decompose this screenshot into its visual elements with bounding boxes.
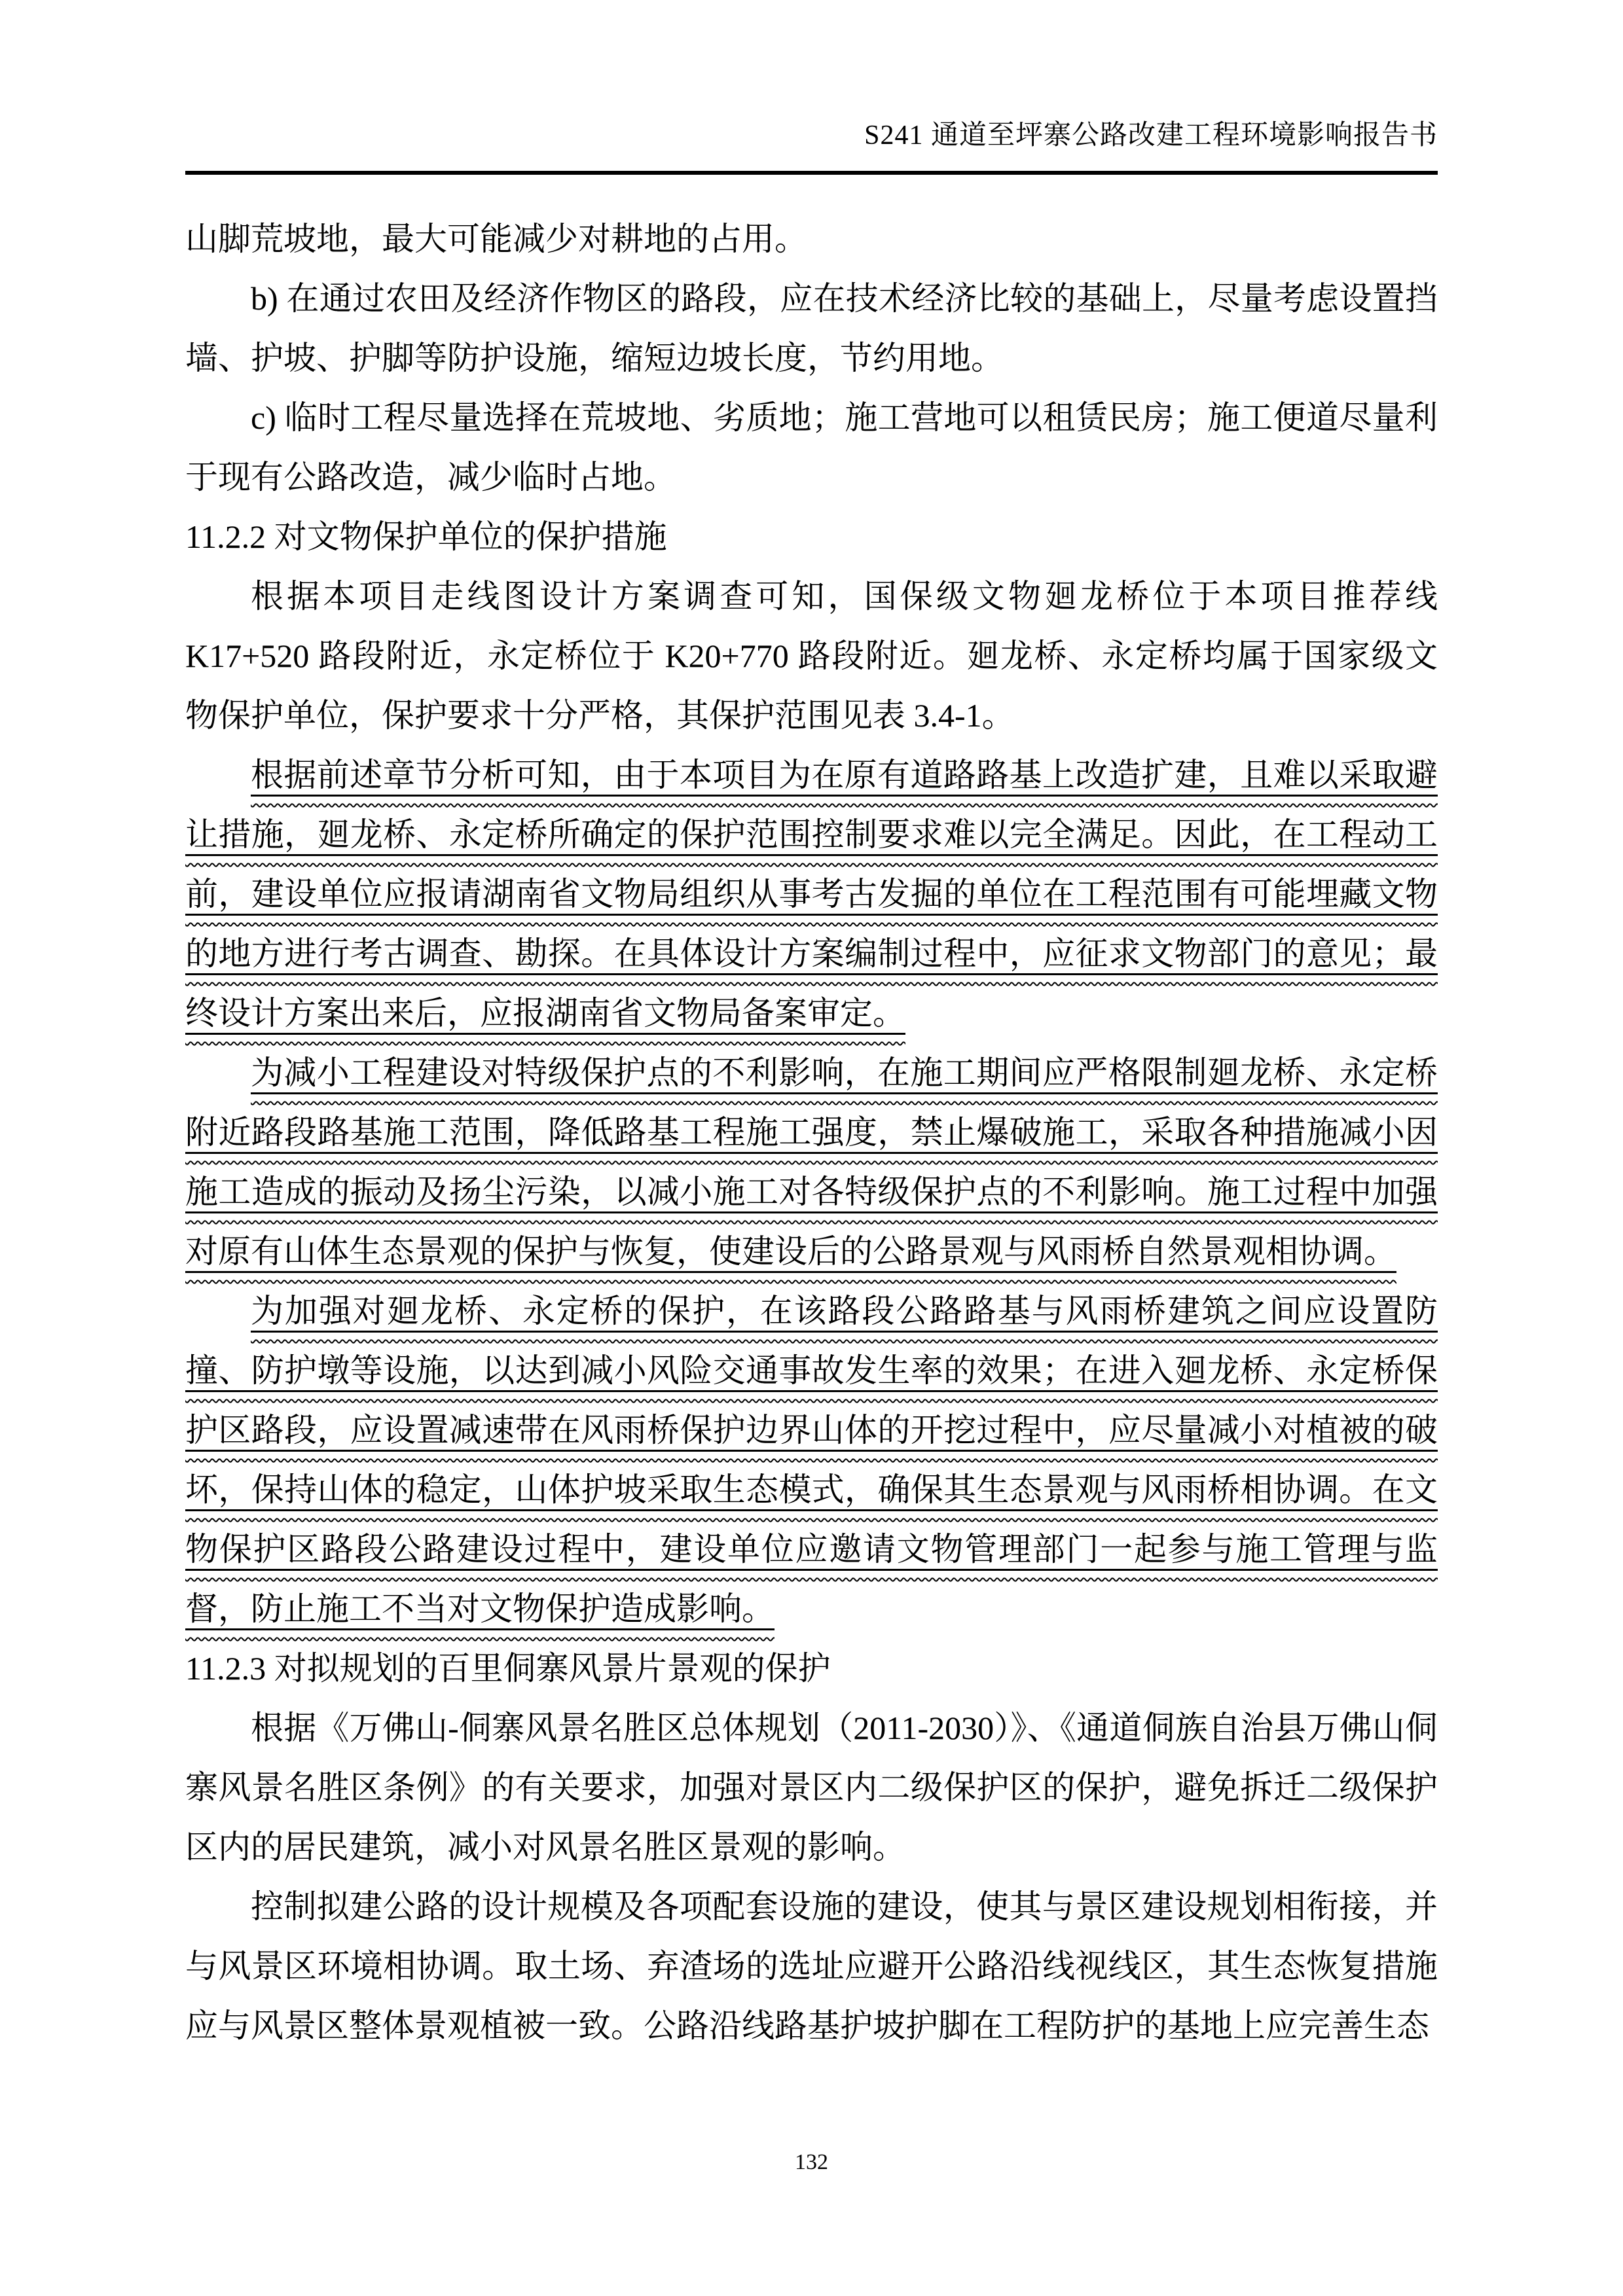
revision-underlined-text: 为减小工程建设对特级保护点的不利影响，在施工期间应严格限制廻龙桥、永定桥附近路段… [185,1054,1438,1270]
paragraph-continuation: 山脚荒坡地，最大可能减少对耕地的占用。 [185,209,1438,269]
page-number: 132 [0,2149,1623,2176]
paragraph-cultural-relics-intro: 根据本项目走线图设计方案调查可知，国保级文物廻龙桥位于本项目推荐线 K17+52… [185,567,1438,745]
paragraph-list-item-c: c) 临时工程尽量选择在荒坡地、劣质地；施工营地可以租赁民房；施工便道尽量利于现… [185,388,1438,507]
paragraph-scenic-area-regulations: 根据《万佛山-侗寨风景名胜区总体规划（2011-2030）》、《通道侗族自治县万… [185,1698,1438,1877]
paragraph-revision-construction-limits: 为减小工程建设对特级保护点的不利影响，在施工期间应严格限制廻龙桥、永定桥附近路段… [185,1043,1438,1282]
revision-underlined-text: 根据前述章节分析可知，由于本项目为在原有道路路基上改造扩建，且难以采取避让措施，… [185,757,1438,1031]
document-body: 山脚荒坡地，最大可能减少对耕地的占用。 b) 在通过农田及经济作物区的路段，应在… [185,209,1438,2056]
header-divider-rule [185,171,1438,175]
paragraph-list-item-b: b) 在通过农田及经济作物区的路段，应在技术经济比较的基础上，尽量考虑设置挡墙、… [185,269,1438,388]
paragraph-revision-bridge-protection: 为加强对廻龙桥、永定桥的保护，在该路段公路路基与风雨桥建筑之间应设置防撞、防护墩… [185,1282,1438,1639]
paragraph-scenic-area-planning: 控制拟建公路的设计规模及各项配套设施的建设，使其与景区建设规划相衔接，并与风景区… [185,1877,1438,2056]
revision-underlined-text: 为加强对廻龙桥、永定桥的保护，在该路段公路路基与风雨桥建筑之间应设置防撞、防护墩… [185,1293,1438,1627]
paragraph-revision-archaeology: 根据前述章节分析可知，由于本项目为在原有道路路基上改造扩建，且难以采取避让措施，… [185,745,1438,1043]
section-heading-11-2-3: 11.2.3 对拟规划的百里侗寨风景片景观的保护 [185,1639,1438,1698]
page-header-title: S241 通道至坪寨公路改建工程环境影响报告书 [185,118,1438,152]
report-page: S241 通道至坪寨公路改建工程环境影响报告书 山脚荒坡地，最大可能减少对耕地的… [0,0,1623,2296]
section-heading-11-2-2: 11.2.2 对文物保护单位的保护措施 [185,507,1438,567]
